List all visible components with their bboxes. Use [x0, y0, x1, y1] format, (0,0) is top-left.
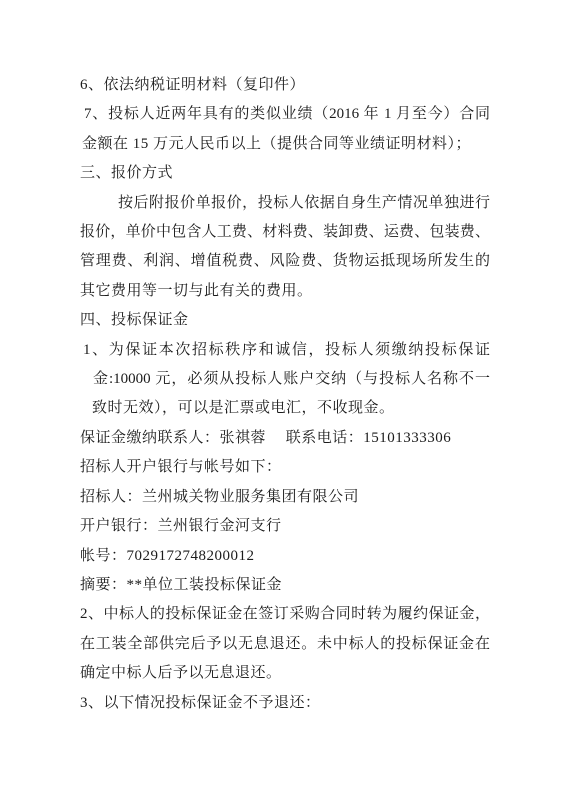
document-line: 四、投标保证金	[80, 306, 490, 335]
document-line: 其它费用等一切与此有关的费用。	[80, 277, 490, 306]
document-line: 确定中标人后予以无息退还。	[80, 659, 490, 688]
document-line: 报价，单价中包含人工费、材料费、装卸费、运费、包装费、	[80, 218, 490, 247]
document-line: 按后附报价单报价，投标人依据自身生产情况单独进行	[80, 189, 490, 218]
document-line: 6、依法纳税证明材料（复印件）	[80, 71, 490, 100]
document-line: 开户银行：兰州银行金河支行	[80, 512, 490, 541]
document-line: 帐号：7029172748200012	[80, 542, 490, 571]
document-line: 在工装全部供完后予以无息退还。未中标人的投标保证金在	[80, 630, 490, 659]
document-line: 7、投标人近两年具有的类似业绩（2016 年 1 月至今）合同	[80, 100, 490, 129]
document-line: 金:10000 元，必须从投标人账户交纳（与投标人名称不一	[80, 365, 490, 394]
document-line: 摘要：**单位工装投标保证金	[80, 571, 490, 600]
document-line: 招标人开户银行与帐号如下：	[80, 453, 490, 482]
document-line: 保证金缴纳联系人：张祺蓉 联系电话：15101333306	[80, 424, 490, 453]
document-line: 金额在 15 万元人民币以上（提供合同等业绩证明材料）；	[80, 130, 490, 159]
document-line: 管理费、利润、增值税费、风险费、货物运抵现场所发生的	[80, 247, 490, 276]
document-line: 3、以下情况投标保证金不予退还：	[80, 689, 490, 718]
document-line: 致时无效），可以是汇票或电汇，不收现金。	[80, 394, 490, 423]
document-page: 6、依法纳税证明材料（复印件）7、投标人近两年具有的类似业绩（2016 年 1 …	[0, 0, 562, 797]
document-body: 6、依法纳税证明材料（复印件）7、投标人近两年具有的类似业绩（2016 年 1 …	[80, 71, 490, 718]
document-line: 三、报价方式	[80, 159, 490, 188]
document-line: 2、中标人的投标保证金在签订采购合同时转为履约保证金，	[80, 600, 490, 629]
document-line: 招标人：兰州城关物业服务集团有限公司	[80, 483, 490, 512]
document-line: 1、为保证本次招标秩序和诚信，投标人须缴纳投标保证	[80, 336, 490, 365]
